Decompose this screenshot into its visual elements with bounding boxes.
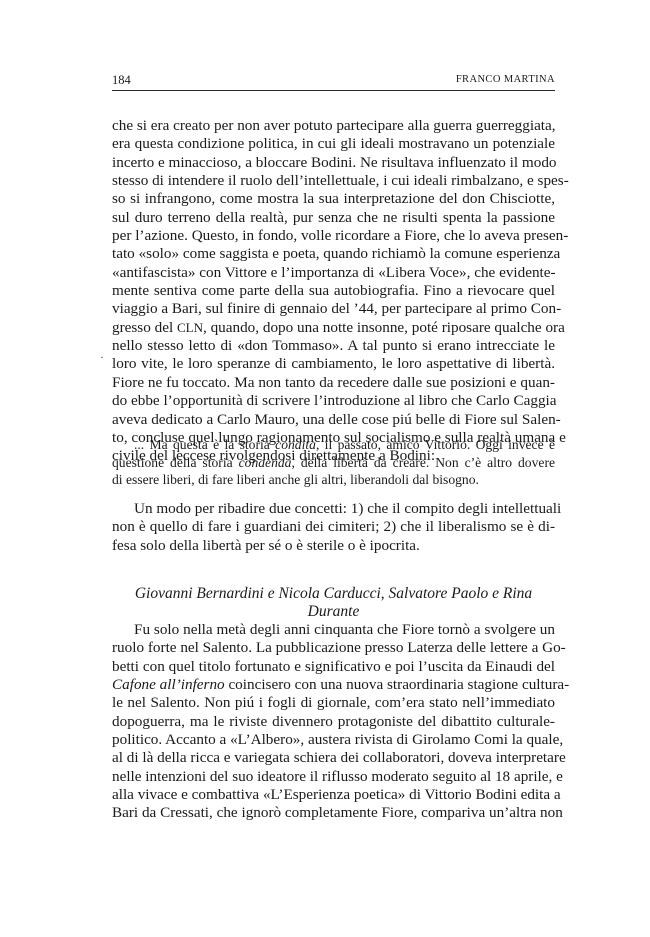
text-line: ruolo forte nel Salento. La pubblicazion… [112,639,555,657]
text-line: aveva dedicato a Carlo Mauro, una delle … [112,411,555,429]
text-line: nelle intenzioni del suo ideatore il rif… [112,768,555,786]
text-fragment: ... Ma questa è la storia [134,437,275,452]
text-line: nello stesso letto di «don Tommaso». A t… [112,337,555,355]
text-line: viaggio a Bari, sul finire di gennaio de… [112,300,555,318]
quote-line: ... Ma questa è la storia condita, il pa… [112,436,555,454]
text-fragment: questione della storia [112,455,239,470]
paragraph-3: Fu solo nella metà degli anni cinquanta … [112,621,555,823]
text-line: Cafone all’inferno coincisero con una nu… [112,676,555,694]
text-line: al di là della ricca e variegata schiera… [112,749,555,767]
paragraph-1: che si era creato per non aver potuto pa… [112,117,555,466]
text-line: era questa condizione politica, in cui g… [112,135,555,153]
running-head: 184 FRANCO MARTINA [112,72,555,91]
abbreviation-cln: CLN [177,320,203,335]
text-line: alla vivace e combattiva «L’Esperienza p… [112,786,555,804]
text-line: Fu solo nella metà degli anni cinquanta … [112,621,555,639]
text-line: loro vite, le loro speranze di cambiamen… [112,355,555,373]
text-line: so si infrangono, come mostra la sua int… [112,190,555,208]
quote-line: di essere liberi, di fare liberi anche g… [112,471,555,489]
text-line: Fiore ne fu toccato. Ma non tanto da rec… [112,374,555,392]
text-line: politico. Accanto a «L’Albero», austera … [112,731,555,749]
text-line: Un modo per ribadire due concetti: 1) ch… [112,500,555,518]
text-line: dopoguerra, ma le riviste divennero prot… [112,713,555,731]
text-line: Bari da Cressati, che ignorò completamen… [112,804,555,822]
text-line: gresso del CLN, quando, dopo una notte i… [112,319,555,337]
text-line: betti con quel titolo fortunato e signif… [112,658,555,676]
text-line: per l’azione. Questo, in fondo, volle ri… [112,227,555,245]
text-fragment: gresso del [112,319,173,336]
block-quote: ... Ma questa è la storia condita, il pa… [112,436,555,489]
text-line: che si era creato per non aver potuto pa… [112,117,555,135]
text-line: non è quello di fare i guardiani dei cim… [112,518,555,536]
text-line: tato «solo» come saggista e poeta, quand… [112,245,555,263]
text-line: le nel Salento. Non piú i fogli di giorn… [112,694,555,712]
italic-term: condita [275,437,316,452]
text-fragment: , della libertà da creare. Non c’è altro… [291,455,555,470]
margin-mark: · [100,350,104,365]
page-number: 184 [112,73,131,88]
section-heading: Giovanni Bernardini e Nicola Carducci, S… [112,585,555,621]
text-line: do ebbe l’opportunità di scrivere l’intr… [112,392,555,410]
running-head-author: FRANCO MARTINA [456,74,555,85]
quote-line: questione della storia condenda, della l… [112,454,555,472]
text-fragment: , quando, dopo una notte insonne, poté r… [203,319,565,336]
italic-book-title: Cafone all’inferno [112,676,225,693]
text-line: sul duro terreno della realtà, pur senza… [112,209,555,227]
paragraph-2: Un modo per ribadire due concetti: 1) ch… [112,500,555,555]
text-line: fesa solo della libertà per sé o è steri… [112,537,555,555]
text-line: stesso di intendere il ruolo dell’intell… [112,172,555,190]
text-line: mente sentiva come parte della sua autob… [112,282,555,300]
text-line: incerto e minaccioso, a bloccare Bodini.… [112,154,555,172]
italic-term: condenda [239,455,292,470]
text-fragment: coincisero con una nuova straordinaria s… [225,676,570,693]
text-line: «antifascista» con Vittore e l’importanz… [112,264,555,282]
text-fragment: , il passato, amico Vittorio. Oggi invec… [316,437,555,452]
